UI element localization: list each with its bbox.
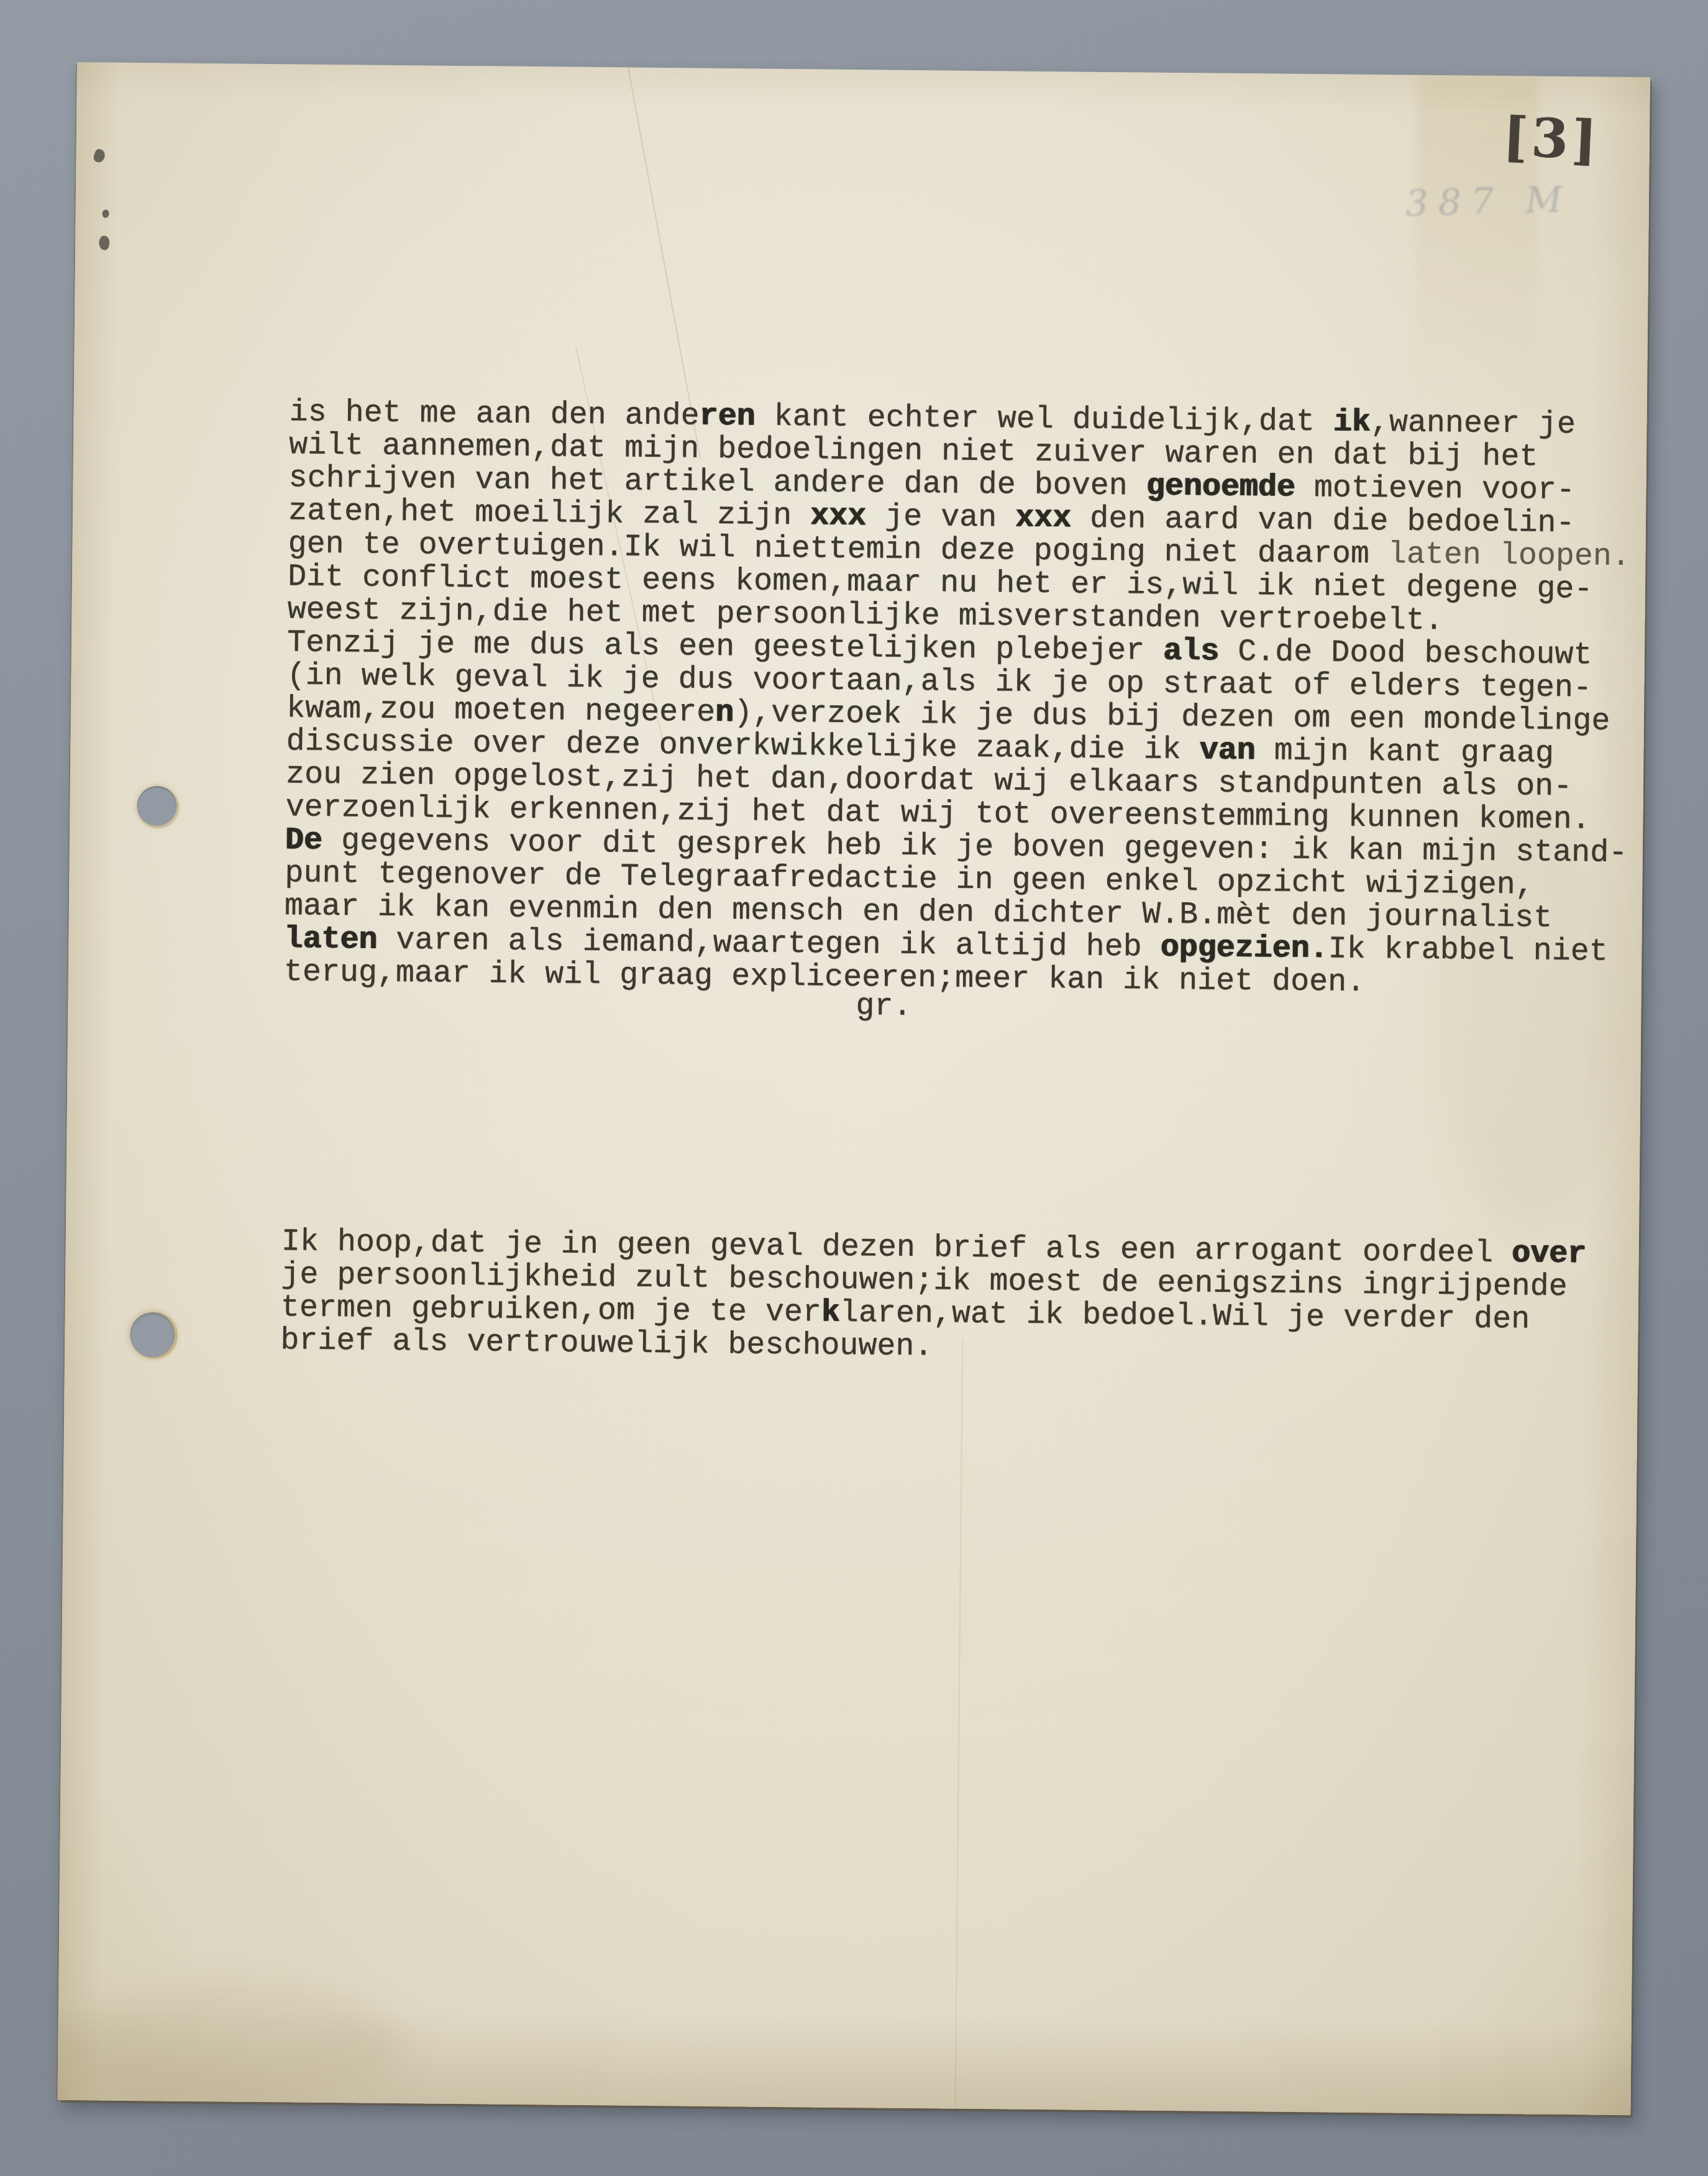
letter-text-segment: k [821, 1296, 841, 1331]
letter-text-segment: genoemde [1146, 469, 1295, 506]
letter-text-segment: De [285, 823, 323, 859]
letter-text-segment: opgezien. [1160, 930, 1328, 967]
letter-text-segment: brief als vertrouwelijk beschouwen. [280, 1323, 933, 1365]
paper-tear-speck [98, 235, 111, 250]
letter-text-segment: mijn kant graag [1255, 733, 1554, 772]
closing: gr. [856, 989, 912, 1025]
letter-text-segment: van [1199, 733, 1256, 769]
paper-stain [58, 1982, 407, 2103]
letter-text-segment: ik [1333, 405, 1371, 441]
letter-text-segment: je van [866, 499, 1016, 536]
letter-text-segment: over [1512, 1236, 1587, 1272]
letter-text-segment: Ik krabbel niet [1328, 931, 1608, 969]
page-number-annotation: [3] [1502, 105, 1602, 172]
letter-page: [3] 387 M is het me aan den anderen kant… [58, 62, 1650, 2115]
paragraph-2: Ik hoop,dat je in geen geval dezen brief… [280, 1225, 1586, 1369]
letter-text-segment: laten [284, 921, 378, 958]
punch-hole-bottom [130, 1312, 175, 1358]
letter-text-segment: n [715, 695, 734, 731]
punch-hole-top [137, 786, 177, 826]
paragraph-1: is het me aan den anderen kant echter we… [284, 396, 1632, 1002]
paper-tear-speck [93, 148, 107, 163]
crease-line [954, 1338, 963, 2121]
letter-text-segment: xxx [810, 498, 867, 534]
letter-text-segment: ,wanneer je [1371, 405, 1576, 442]
scan-background: { "colors": { "backdrop": "#8a919b", "pa… [0, 0, 1708, 2176]
letter-text-segment: motieven voor- [1295, 470, 1576, 508]
letter-text-segment: xxx [1015, 501, 1072, 537]
letter-text-segment: als [1163, 634, 1220, 670]
letter-text-segment: laten loopen. [1388, 537, 1631, 575]
letter-text-segment: laren,wat ik bedoel.Wil je verder den [840, 1296, 1530, 1338]
paper-tear-speck [101, 209, 109, 218]
letter-text-segment: ren [699, 399, 756, 435]
pencil-mark: 387 M [1405, 178, 1573, 224]
